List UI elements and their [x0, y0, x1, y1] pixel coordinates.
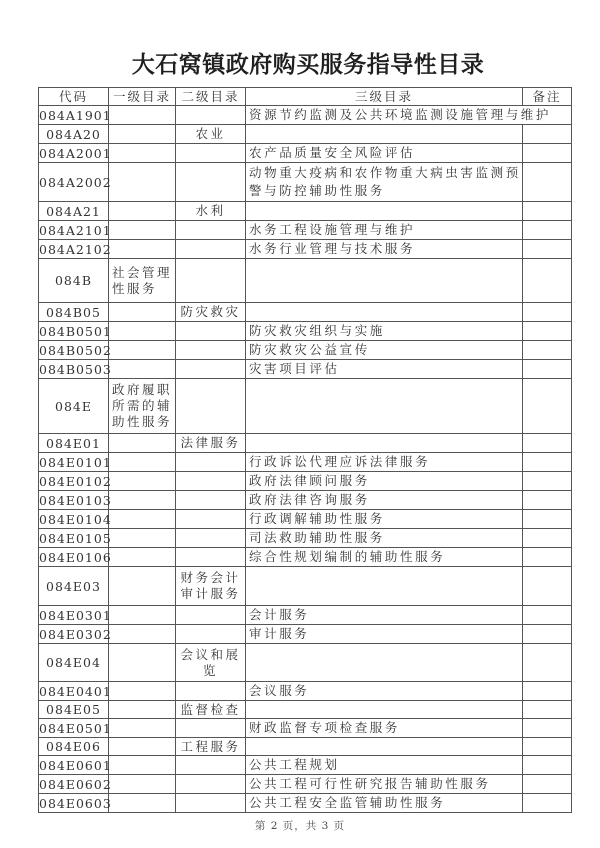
- cell-note: [523, 453, 572, 472]
- cell-level1: [109, 322, 176, 341]
- cell-note: [523, 644, 572, 682]
- cell-note: [523, 682, 572, 701]
- cell-level1: [109, 240, 176, 259]
- cell-level2: [176, 106, 246, 125]
- cell-note: [523, 472, 572, 491]
- cell-code: 084A2001: [39, 144, 109, 163]
- cell-code: 084A2002: [39, 163, 109, 202]
- cell-level1: [109, 606, 176, 625]
- cell-level1: [109, 701, 176, 719]
- cell-level3: [246, 202, 523, 221]
- cell-level2: [176, 491, 246, 510]
- catalog-table: 代码 一级目录 二级目录 三级目录 备注 084A1901 资源节约监测及公共环…: [38, 87, 572, 813]
- table-row: 084E0301 会计服务: [39, 606, 572, 625]
- table-row: 084E0102 政府法律顾问服务: [39, 472, 572, 491]
- cell-level2: [176, 756, 246, 775]
- cell-level3: [246, 701, 523, 719]
- cell-code: 084E03: [39, 567, 109, 606]
- cell-level2: 会议和展览: [176, 644, 246, 682]
- cell-level3: 政府法律顾问服务: [246, 472, 523, 491]
- cell-level1: [109, 472, 176, 491]
- cell-code: 084E0302: [39, 625, 109, 644]
- cell-level3: [246, 434, 523, 453]
- cell-level2: [176, 163, 246, 202]
- cell-level3: 审计服务: [246, 625, 523, 644]
- table-row: 084B05 防灾救灾: [39, 303, 572, 322]
- cell-level1: [109, 567, 176, 606]
- header-note: 备注: [523, 88, 572, 106]
- cell-level1: [109, 125, 176, 144]
- cell-note: [523, 221, 572, 240]
- table-row: 084E0106 综合性规划编制的辅助性服务: [39, 548, 572, 567]
- table-row: 084A2101 水务工程设施管理与维护: [39, 221, 572, 240]
- cell-code: 084E: [39, 379, 109, 434]
- cell-code: 084E0106: [39, 548, 109, 567]
- table-row: 084A2002 动物重大疫病和农作物重大病虫害监测预警与防控辅助性服务: [39, 163, 572, 202]
- cell-level3: 司法救助辅助性服务: [246, 529, 523, 548]
- cell-code: 084B: [39, 259, 109, 303]
- cell-note: [523, 360, 572, 379]
- header-code: 代码: [39, 88, 109, 106]
- cell-code: 084A2102: [39, 240, 109, 259]
- cell-level2: [176, 794, 246, 813]
- cell-level2: [176, 548, 246, 567]
- cell-level3-text: 资源节约监测及公共环境监测设施管理与维护: [249, 106, 569, 124]
- cell-level1: [109, 529, 176, 548]
- header-level1: 一级目录: [109, 88, 176, 106]
- cell-level2: [176, 221, 246, 240]
- table-header-row: 代码 一级目录 二级目录 三级目录 备注: [39, 88, 572, 106]
- cell-level2: 监督检查: [176, 701, 246, 719]
- cell-level1: 社会管理性服务: [109, 259, 176, 303]
- cell-level2: 水利: [176, 202, 246, 221]
- table-row: 084E0105 司法救助辅助性服务: [39, 529, 572, 548]
- cell-code: 084A1901: [39, 106, 109, 125]
- table-row: 084E0602 公共工程可行性研究报告辅助性服务: [39, 775, 572, 794]
- cell-level3: 动物重大疫病和农作物重大病虫害监测预警与防控辅助性服务: [246, 163, 523, 202]
- cell-note: [523, 303, 572, 322]
- cell-level3: 防灾救灾组织与实施: [246, 322, 523, 341]
- cell-level2: [176, 322, 246, 341]
- cell-note: [523, 567, 572, 606]
- cell-note: [523, 379, 572, 434]
- cell-level3: [246, 259, 523, 303]
- table-row: 084A1901 资源节约监测及公共环境监测设施管理与维护: [39, 106, 572, 125]
- cell-level2: [176, 472, 246, 491]
- table-row: 084E0601 公共工程规划: [39, 756, 572, 775]
- cell-level2: 法律服务: [176, 434, 246, 453]
- cell-level1: [109, 548, 176, 567]
- cell-code: 084E0602: [39, 775, 109, 794]
- cell-level2: [176, 379, 246, 434]
- cell-code: 084E04: [39, 644, 109, 682]
- cell-level2: [176, 719, 246, 738]
- cell-level1: [109, 775, 176, 794]
- table-row: 084B0503 灾害项目评估: [39, 360, 572, 379]
- table-body: 084A1901 资源节约监测及公共环境监测设施管理与维护 084A20 农业 …: [39, 106, 572, 813]
- cell-level3: 行政诉讼代理应诉法律服务: [246, 453, 523, 472]
- cell-code: 084E0603: [39, 794, 109, 813]
- cell-note: [523, 701, 572, 719]
- cell-level3: 财政监督专项检查服务: [246, 719, 523, 738]
- cell-code: 084B0502: [39, 341, 109, 360]
- cell-level1: [109, 625, 176, 644]
- table-row: 084E0101 行政诉讼代理应诉法律服务: [39, 453, 572, 472]
- cell-code: 084E0501: [39, 719, 109, 738]
- cell-level3: 农产品质量安全风险评估: [246, 144, 523, 163]
- cell-note: [523, 738, 572, 756]
- cell-note: [523, 756, 572, 775]
- cell-code: 084E0105: [39, 529, 109, 548]
- cell-level1: [109, 491, 176, 510]
- cell-level3: 公共工程可行性研究报告辅助性服务: [246, 775, 523, 794]
- cell-code: 084E01: [39, 434, 109, 453]
- cell-level2: [176, 360, 246, 379]
- cell-level1: [109, 360, 176, 379]
- cell-note: [523, 775, 572, 794]
- cell-level1: [109, 163, 176, 202]
- page-footer: 第 2 页，共 3 页: [0, 818, 600, 833]
- table-row: 084E05 监督检查: [39, 701, 572, 719]
- table-row: 084A21 水利: [39, 202, 572, 221]
- cell-level3: [246, 644, 523, 682]
- table-row: 084E0501 财政监督专项检查服务: [39, 719, 572, 738]
- table-row: 084E01 法律服务: [39, 434, 572, 453]
- cell-note: [523, 548, 572, 567]
- cell-level1: [109, 756, 176, 775]
- table-row: 084A20 农业: [39, 125, 572, 144]
- cell-level2: [176, 341, 246, 360]
- cell-level2: [176, 510, 246, 529]
- cell-code: 084E05: [39, 701, 109, 719]
- cell-level2: [176, 682, 246, 701]
- cell-code: 084E0401: [39, 682, 109, 701]
- cell-level2: 财务会计审计服务: [176, 567, 246, 606]
- cell-level2: 农业: [176, 125, 246, 144]
- cell-level2: [176, 529, 246, 548]
- cell-code: 084B0503: [39, 360, 109, 379]
- cell-level1: [109, 303, 176, 322]
- cell-level1: [109, 341, 176, 360]
- cell-note: [523, 202, 572, 221]
- table-row: 084E04 会议和展览: [39, 644, 572, 682]
- table-row: 084E0302 审计服务: [39, 625, 572, 644]
- cell-code: 084A2101: [39, 221, 109, 240]
- cell-level2: [176, 453, 246, 472]
- cell-code: 084A20: [39, 125, 109, 144]
- cell-level3: [246, 567, 523, 606]
- cell-note: [523, 163, 572, 202]
- cell-note: [523, 240, 572, 259]
- cell-level2: [176, 259, 246, 303]
- cell-code: 084B05: [39, 303, 109, 322]
- cell-level3: [246, 303, 523, 322]
- cell-level3: 公共工程安全监管辅助性服务: [246, 794, 523, 813]
- cell-note: [523, 606, 572, 625]
- cell-level1: [109, 202, 176, 221]
- cell-code: 084A21: [39, 202, 109, 221]
- table-row: 084A2001 农产品质量安全风险评估: [39, 144, 572, 163]
- cell-level2: [176, 606, 246, 625]
- table-row: 084E03 财务会计审计服务: [39, 567, 572, 606]
- cell-level3: 灾害项目评估: [246, 360, 523, 379]
- cell-level3: [246, 379, 523, 434]
- cell-note: [523, 125, 572, 144]
- cell-code: 084E0104: [39, 510, 109, 529]
- cell-level3: 会议服务: [246, 682, 523, 701]
- cell-level3: 政府法律咨询服务: [246, 491, 523, 510]
- document-title: 大石窝镇政府购买服务指导性目录: [0, 46, 600, 79]
- cell-level2: 工程服务: [176, 738, 246, 756]
- table-row: 084E06 工程服务: [39, 738, 572, 756]
- cell-level3: [246, 125, 523, 144]
- cell-level3: 水务行业管理与技术服务: [246, 240, 523, 259]
- table-row: 084B0501 防灾救灾组织与实施: [39, 322, 572, 341]
- cell-note: [523, 625, 572, 644]
- cell-note: [523, 434, 572, 453]
- cell-note: [523, 719, 572, 738]
- cell-note: [523, 491, 572, 510]
- table-row: 084B0502 防灾救灾公益宣传: [39, 341, 572, 360]
- cell-level2: [176, 625, 246, 644]
- cell-level3: 综合性规划编制的辅助性服务: [246, 548, 523, 567]
- cell-note: [523, 510, 572, 529]
- cell-note: [523, 144, 572, 163]
- cell-level3: 防灾救灾公益宣传: [246, 341, 523, 360]
- cell-level1: [109, 682, 176, 701]
- cell-level3: [246, 738, 523, 756]
- cell-level1: [109, 144, 176, 163]
- cell-code: 084E0601: [39, 756, 109, 775]
- cell-level1: [109, 221, 176, 240]
- cell-level2: 防灾救灾: [176, 303, 246, 322]
- cell-code: 084E0102: [39, 472, 109, 491]
- table-row: 084E0603 公共工程安全监管辅助性服务: [39, 794, 572, 813]
- cell-code: 084E0103: [39, 491, 109, 510]
- table-row: 084E0401 会议服务: [39, 682, 572, 701]
- cell-code: 084E0301: [39, 606, 109, 625]
- cell-level3: 水务工程设施管理与维护: [246, 221, 523, 240]
- cell-level1: [109, 106, 176, 125]
- cell-level3: 公共工程规划: [246, 756, 523, 775]
- table-row: 084B 社会管理性服务: [39, 259, 572, 303]
- cell-level1: [109, 434, 176, 453]
- cell-level2: [176, 240, 246, 259]
- cell-note: [523, 341, 572, 360]
- cell-level1: [109, 738, 176, 756]
- cell-code: 084E0101: [39, 453, 109, 472]
- cell-code: 084E06: [39, 738, 109, 756]
- cell-level2: [176, 144, 246, 163]
- cell-level1: [109, 794, 176, 813]
- cell-level1: 政府履职所需的辅助性服务: [109, 379, 176, 434]
- table-row: 084E 政府履职所需的辅助性服务: [39, 379, 572, 434]
- cell-level3: 行政调解辅助性服务: [246, 510, 523, 529]
- header-level3: 三级目录: [246, 88, 523, 106]
- cell-code: 084B0501: [39, 322, 109, 341]
- cell-level3: 会计服务: [246, 606, 523, 625]
- cell-level1: [109, 719, 176, 738]
- cell-note: [523, 794, 572, 813]
- header-level2: 二级目录: [176, 88, 246, 106]
- cell-note: [523, 529, 572, 548]
- table-row: 084E0104 行政调解辅助性服务: [39, 510, 572, 529]
- cell-level1: [109, 644, 176, 682]
- cell-level2: [176, 775, 246, 794]
- cell-level1: [109, 510, 176, 529]
- table-row: 084A2102 水务行业管理与技术服务: [39, 240, 572, 259]
- cell-level3: 资源节约监测及公共环境监测设施管理与维护: [246, 106, 523, 125]
- cell-note: [523, 259, 572, 303]
- cell-note: [523, 322, 572, 341]
- cell-level1: [109, 453, 176, 472]
- table-row: 084E0103 政府法律咨询服务: [39, 491, 572, 510]
